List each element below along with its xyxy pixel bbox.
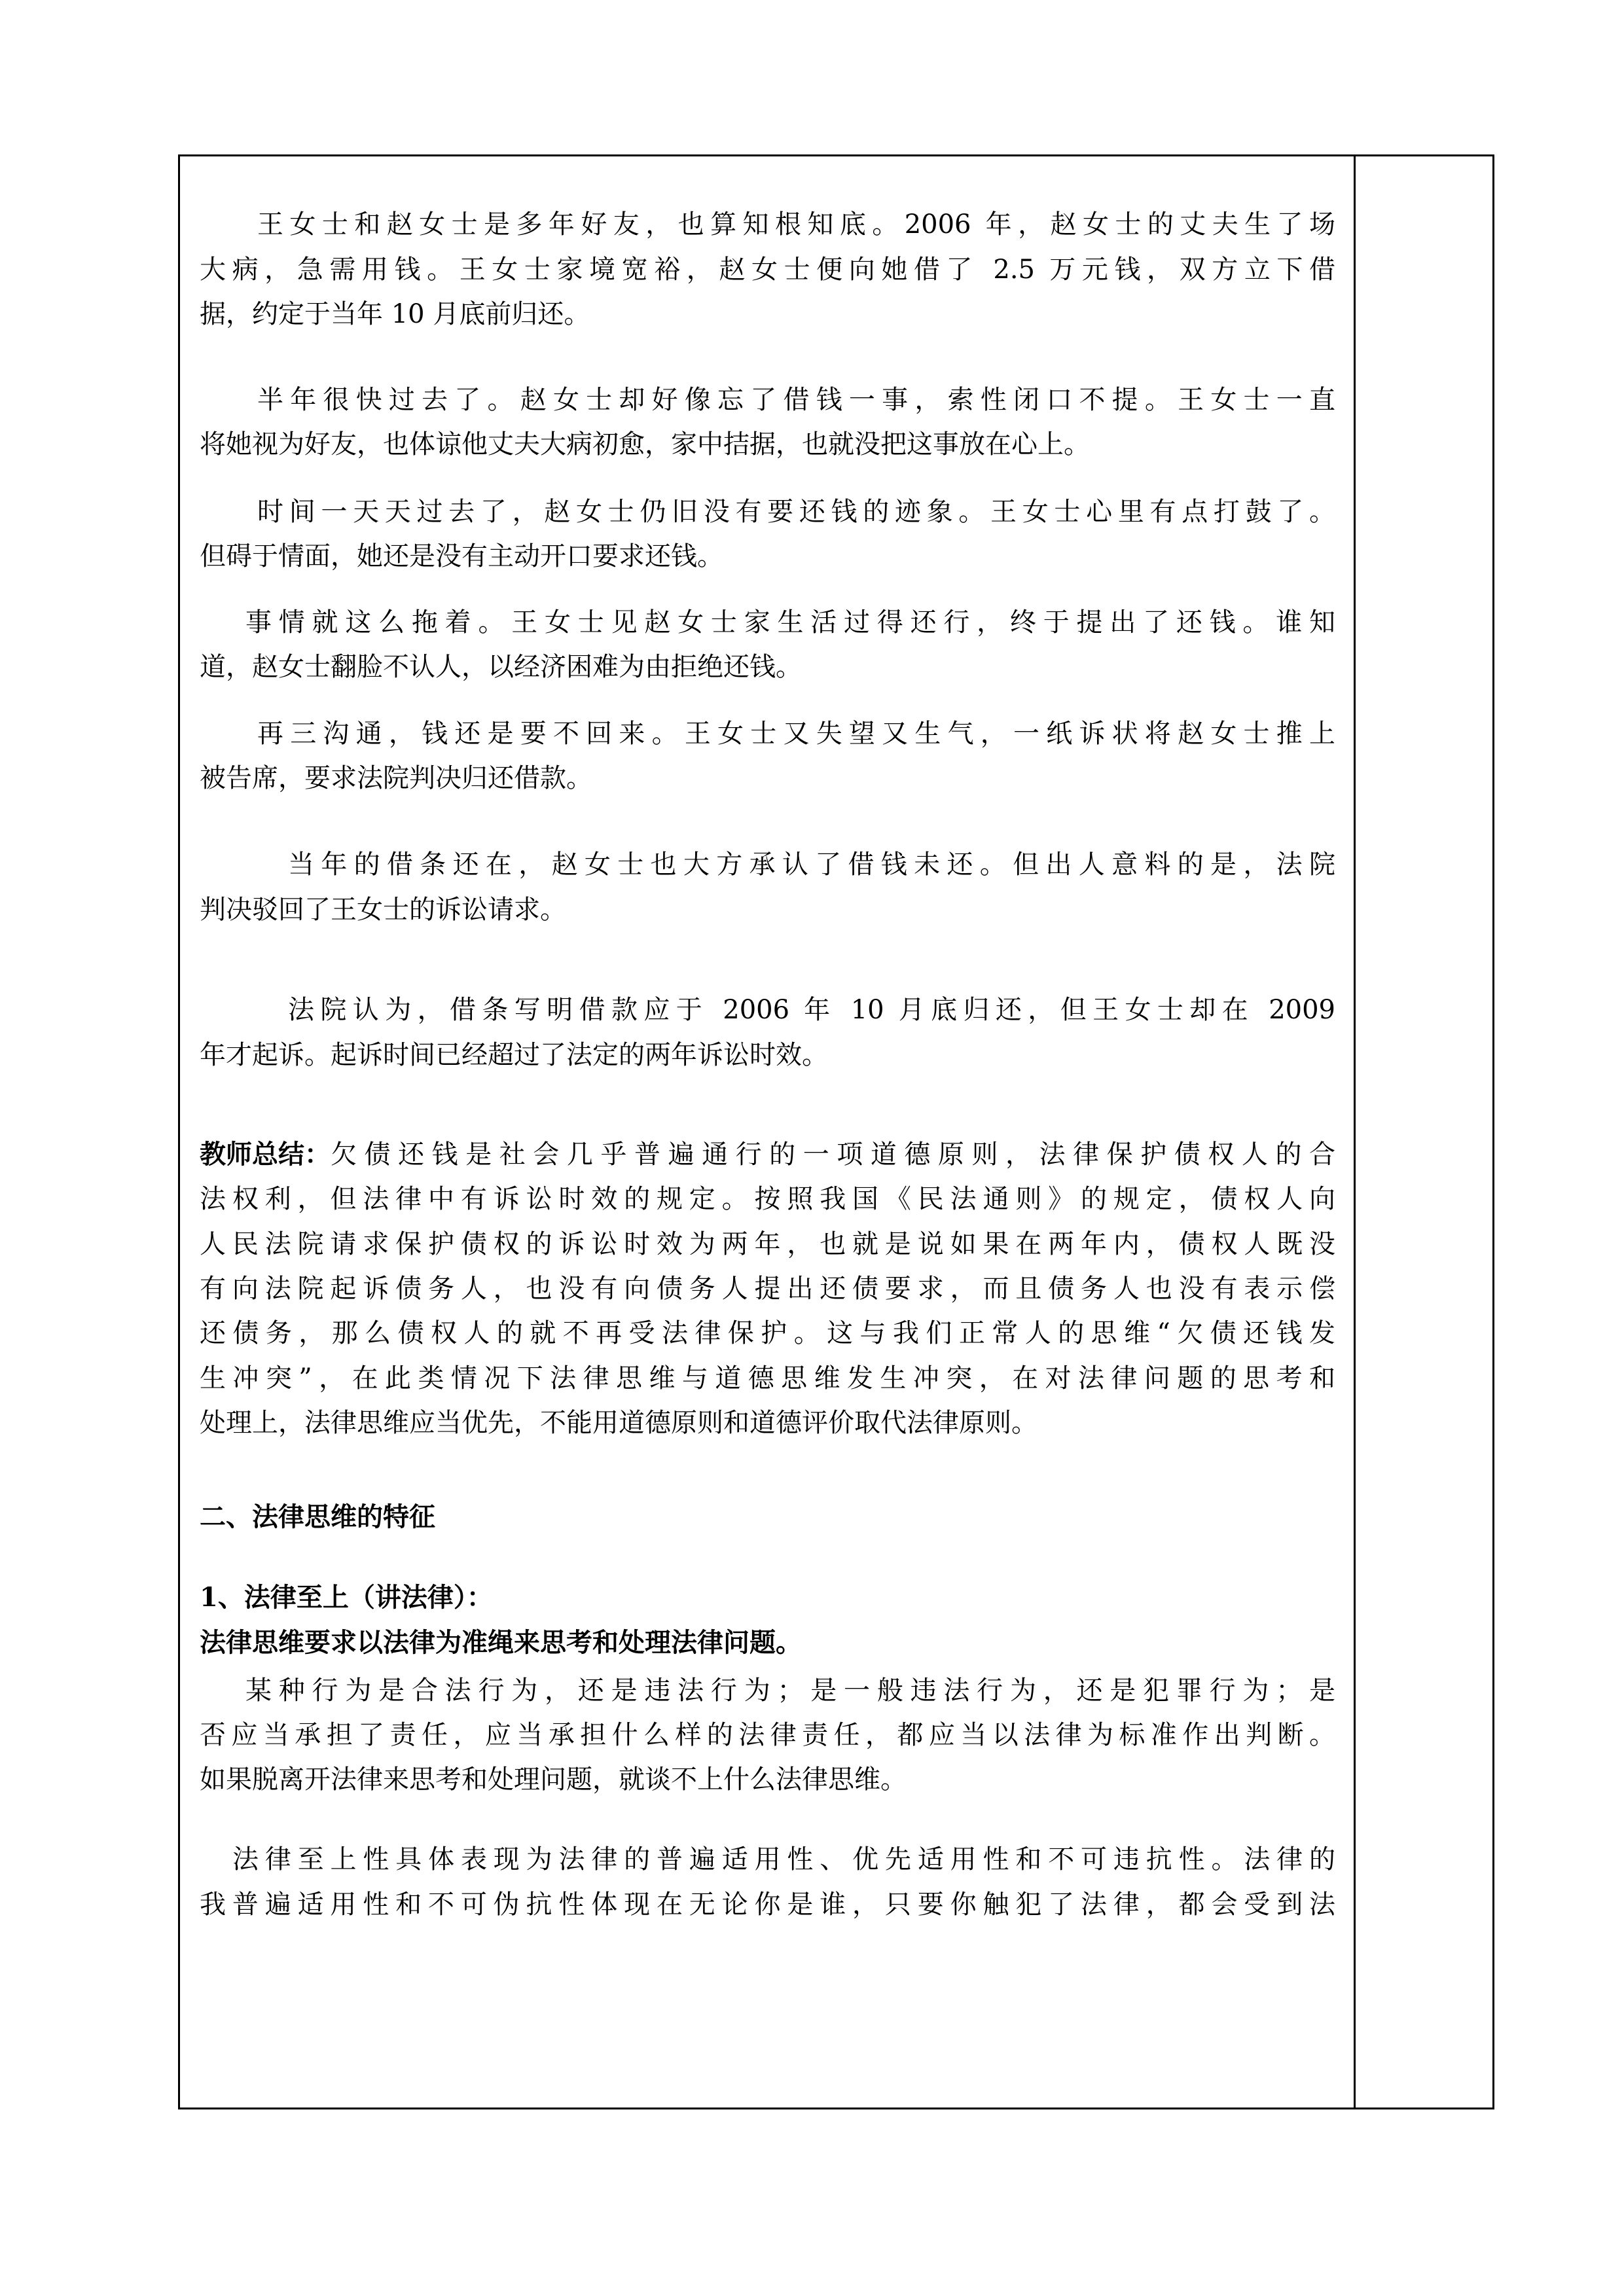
summary-line6: 生冲突”，在此类情况下法律思维与道德思维发生冲突，在对法律问题的思考和 — [200, 1363, 1335, 1394]
p6-line2: 判决驳回了王女士的诉讼请求。 — [200, 894, 1335, 925]
p7-line2: 年才起诉。起诉时间已经超过了法定的两年诉讼时效。 — [200, 1039, 1335, 1071]
summary-line2: 法权利，但法律中有诉讼时效的规定。按照我国《民法通则》的规定，债权人向 — [200, 1183, 1335, 1215]
p2-line1: 半年很快过去了。赵女士却好像忘了借钱一事，索性闭口不提。王女士一直 — [200, 384, 1335, 416]
p1-line1: 王女士和赵女士是多年好友，也算知根知底。2006 年，赵女士的丈夫生了场 — [200, 209, 1335, 240]
notes-cell — [1356, 156, 1492, 2108]
p8-line1: 某种行为是合法行为，还是违法行为；是一般违法行为，还是犯罪行为；是 — [200, 1675, 1335, 1706]
summary-line1: 教师总结：欠债还钱是社会几乎普遍通行的一项道德原则，法律保护债权人的合 — [200, 1139, 1335, 1170]
p4-line2: 道，赵女士翻脸不认人，以经济困难为由拒绝还钱。 — [200, 651, 1335, 683]
subheading-law-supremacy: 1、法律至上（讲法律）： — [200, 1582, 1335, 1613]
p1-line2: 大病，急需用钱。王女士家境宽裕，赵女士便向她借了 2.5 万元钱，双方立下借 — [200, 254, 1335, 285]
p3-line1: 时间一天天过去了，赵女士仍旧没有要还钱的迹象。王女士心里有点打鼓了。 — [200, 496, 1335, 528]
p8-line3: 如果脱离开法律来思考和处理问题，就谈不上什么法律思维。 — [200, 1764, 1335, 1795]
p6-line1: 当年的借条还在，赵女士也大方承认了借钱未还。但出人意料的是，法院 — [200, 849, 1335, 880]
summary-line3: 人民法院请求保护债权的诉讼时效为两年，也就是说如果在两年内，债权人既没 — [200, 1229, 1335, 1260]
content-cell: 王女士和赵女士是多年好友，也算知根知底。2006 年，赵女士的丈夫生了场 大病，… — [180, 156, 1354, 2108]
p9-line1: 法律至上性具体表现为法律的普遍适用性、优先适用性和不可违抗性。法律的 — [200, 1844, 1335, 1875]
section-heading: 二、法律思维的特征 — [200, 1501, 1335, 1533]
bold-statement: 法律思维要求以法律为准绳来思考和处理法律问题。 — [200, 1627, 1335, 1659]
p4-line1: 事情就这么拖着。王女士见赵女士家生活过得还行，终于提出了还钱。谁知 — [200, 607, 1335, 638]
lesson-table: 王女士和赵女士是多年好友，也算知根知底。2006 年，赵女士的丈夫生了场 大病，… — [178, 154, 1494, 2109]
p5-line1: 再三沟通，钱还是要不回来。王女士又失望又生气，一纸诉状将赵女士推上 — [200, 718, 1335, 749]
teacher-summary-label: 教师总结： — [200, 1139, 331, 1170]
p9-line2: 我普遍适用性和不可伪抗性体现在无论你是谁，只要你触犯了法律，都会受到法 — [200, 1889, 1335, 1920]
summary-text-1: 欠债还钱是社会几乎普遍通行的一项道德原则，法律保护债权人的合 — [331, 1139, 1335, 1170]
summary-line4: 有向法院起诉债务人，也没有向债务人提出还债要求，而且债务人也没有表示偿 — [200, 1273, 1335, 1304]
p8-line2: 否应当承担了责任，应当承担什么样的法律责任，都应当以法律为标准作出判断。 — [200, 1719, 1335, 1751]
p5-line2: 被告席，要求法院判决归还借款。 — [200, 762, 1335, 794]
p7-line1: 法院认为，借条写明借款应于 2006 年 10 月底归还，但王女士却在 2009 — [200, 994, 1335, 1026]
summary-line7: 处理上，法律思维应当优先，不能用道德原则和道德评价取代法律原则。 — [200, 1407, 1335, 1439]
summary-line5: 还债务，那么债权人的就不再受法律保护。这与我们正常人的思维“欠债还钱发 — [200, 1318, 1335, 1349]
p2-line2: 将她视为好友，也体谅他丈夫大病初愈，家中拮据，也就没把这事放在心上。 — [200, 429, 1335, 460]
p3-line2: 但碍于情面，她还是没有主动开口要求还钱。 — [200, 541, 1335, 572]
p1-line3: 据，约定于当年 10 月底前归还。 — [200, 298, 1335, 330]
